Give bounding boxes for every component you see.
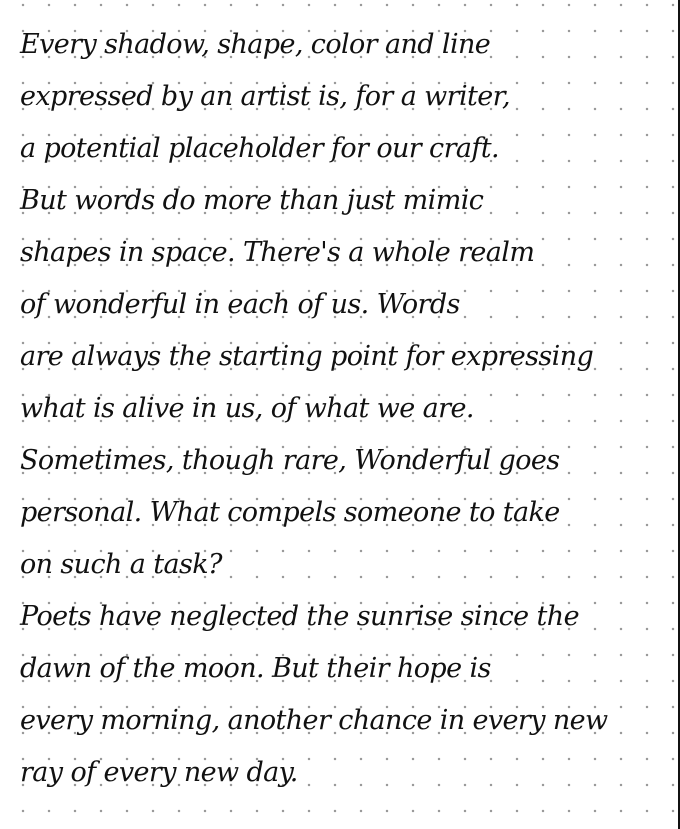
handwritten-line-11: on such a task? [20,543,222,587]
handwritten-line-1: Every shadow, shape, color and line [20,23,490,67]
handwritten-text-block: Every shadow, shape, color and line expr… [0,0,678,829]
handwritten-line-12: Poets have neglected the sunrise since t… [20,595,579,639]
dot-grid-page: Every shadow, shape, color and line expr… [0,0,680,829]
handwritten-line-13: dawn of the moon. But their hope is [20,647,491,691]
handwritten-line-10: personal. What compels someone to take [20,491,560,535]
handwritten-line-14: every morning, another chance in every n… [20,699,608,743]
handwritten-line-3: a potential placeholder for our craft. [20,127,499,171]
handwritten-line-2: expressed by an artist is, for a writer, [20,75,510,119]
handwritten-line-6: of wonderful in each of us. Words [20,283,460,327]
handwritten-line-15: ray of every new day. [20,751,298,795]
handwritten-line-4: But words do more than just mimic [20,179,483,223]
handwritten-line-9: Sometimes, though rare, Wonderful goes [20,439,560,483]
handwritten-line-5: shapes in space. There's a whole realm [20,231,534,275]
handwritten-line-8: what is alive in us, of what we are. [20,387,474,431]
handwritten-line-7: are always the starting point for expres… [20,335,593,379]
